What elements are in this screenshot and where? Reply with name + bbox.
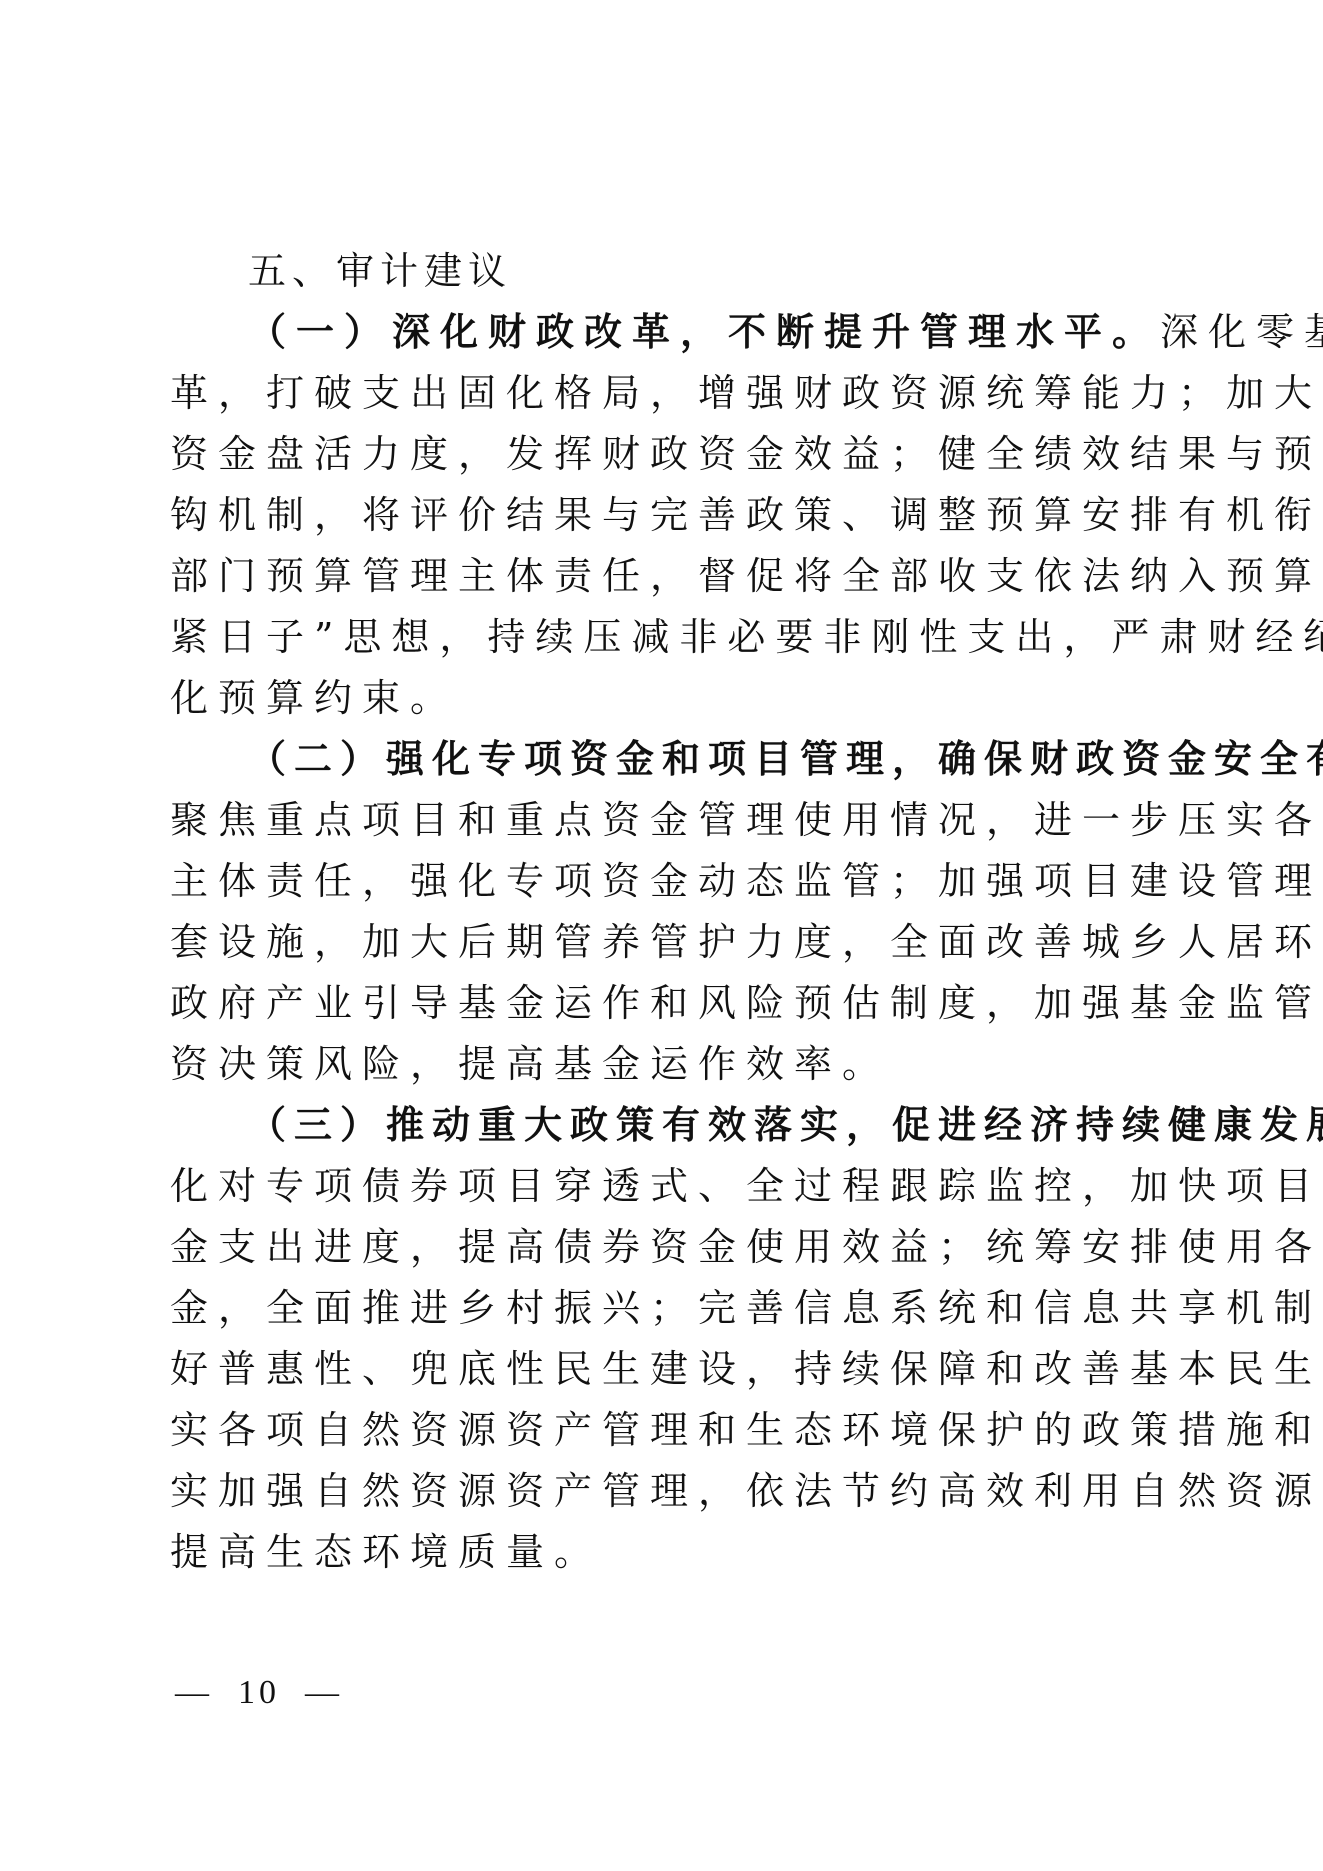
document-page: 五、审计建议 （一）深化财政改革，不断提升管理水平。深化零基预算改 革，打破支出… xyxy=(0,0,1323,1871)
paragraph-2-line: 套设施，加大后期管养管护力度，全面改善城乡人居环境；健全 xyxy=(170,912,1170,973)
paragraph-1-line: 资金盘活力度，发挥财政资金效益；健全绩效结果与预算安排挂 xyxy=(170,424,1170,485)
paragraph-3-line: 化对专项债券项目穿透式、全过程跟踪监控，加快项目实施和资 xyxy=(170,1156,1170,1217)
paragraph-2-title: （二）强化专项资金和项目管理，确保财政资金安全有效。 xyxy=(248,737,1323,781)
paragraph-1-line: 钩机制，将评价结果与完善政策、调整预算安排有机衔接；严格 xyxy=(170,485,1170,546)
paragraph-3-line: 提高生态环境质量。 xyxy=(170,1522,1170,1583)
section-heading: 五、审计建议 xyxy=(248,241,1248,302)
paragraph-3-title: （三）推动重大政策有效落实，促进经济持续健康发展。 xyxy=(248,1103,1323,1147)
page-number: — 10 — xyxy=(175,1668,343,1718)
paragraph-1-line: 部门预算管理主体责任，督促将全部收支依法纳入预算，树牢“过 xyxy=(170,546,1170,607)
paragraph-1-line: 紧日子”思想，持续压减非必要非刚性支出，严肃财经纪律，强 xyxy=(170,607,1170,668)
paragraph-3-line: 好普惠性、兜底性民生建设，持续保障和改善基本民生。严格落 xyxy=(170,1339,1170,1400)
paragraph-3-line: 实各项自然资源资产管理和生态环境保护的政策措施和责任，切 xyxy=(170,1400,1170,1461)
paragraph-2-line: 资决策风险，提高基金运作效率。 xyxy=(170,1034,1170,1095)
paragraph-1-line: 化预算约束。 xyxy=(170,668,1170,729)
paragraph-1-line-1: （一）深化财政改革，不断提升管理水平。深化零基预算改 xyxy=(248,302,1248,363)
paragraph-1-title: （一）深化财政改革，不断提升管理水平。 xyxy=(248,310,1160,354)
paragraph-2-line: 聚焦重点项目和重点资金管理使用情况，进一步压实各环节管理 xyxy=(170,790,1170,851)
paragraph-3-line: 金支出进度，提高债券资金使用效益；统筹安排使用各项建设资 xyxy=(170,1217,1170,1278)
paragraph-2-line-1: （二）强化专项资金和项目管理，确保财政资金安全有效。 xyxy=(248,729,1248,790)
paragraph-2-line: 政府产业引导基金运作和风险预估制度，加强基金监管，降低投 xyxy=(170,973,1170,1034)
paragraph-2-line: 主体责任，强化专项资金动态监管；加强项目建设管理，完善配 xyxy=(170,851,1170,912)
paragraph-3-line: 实加强自然资源资产管理，依法节约高效利用自然资源，进一步 xyxy=(170,1461,1170,1522)
paragraph-3-line: 金，全面推进乡村振兴；完善信息系统和信息共享机制，全力做 xyxy=(170,1278,1170,1339)
paragraph-1-line: 革，打破支出固化格局，增强财政资源统筹能力；加大财政存量 xyxy=(170,363,1170,424)
paragraph-3-line-1: （三）推动重大政策有效落实，促进经济持续健康发展。强 xyxy=(248,1095,1248,1156)
